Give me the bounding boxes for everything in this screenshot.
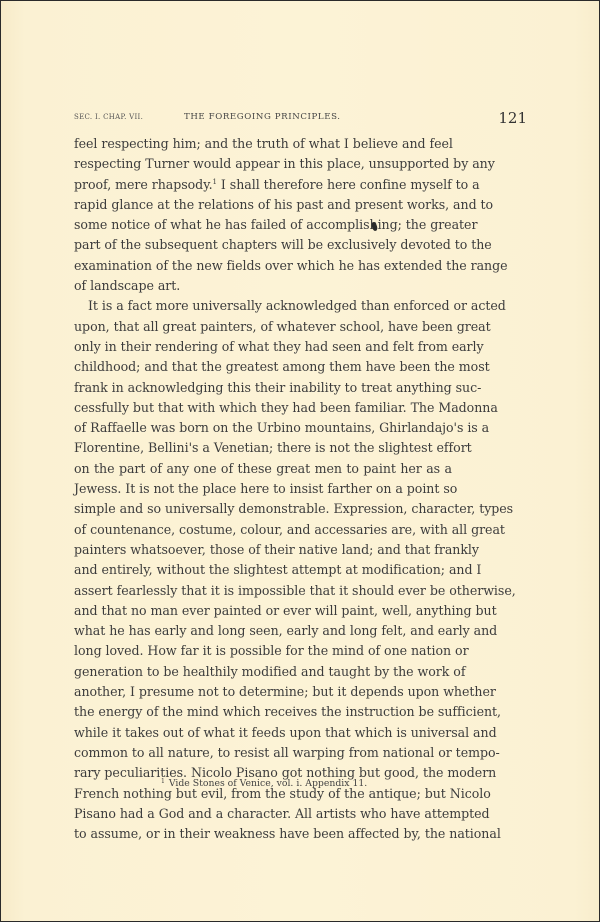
text-line: examination of the new fields over which… [74, 256, 452, 276]
text-line-content: cessfully but that with which they had b… [74, 400, 498, 415]
text-line: long loved. How far it is possible for t… [74, 641, 452, 661]
text-line-content: respecting Turner would appear in this p… [74, 156, 495, 171]
text-line-content: of landscape art. [74, 278, 180, 293]
text-line-content: to assume, or in their weakness have bee… [74, 826, 501, 841]
text-line: generation to be healthily modified and … [74, 662, 452, 682]
book-page: SEC. I. CHAP. VII. THE FOREGOING PRINCIP… [0, 0, 600, 922]
text-line-content: long loved. How far it is possible for t… [74, 643, 469, 658]
text-line-content: Jewess. It is not the place here to insi… [74, 481, 457, 496]
text-line-content: proof, mere rhapsody. [74, 177, 213, 192]
text-line-content: examination of the new fields over which… [74, 258, 508, 273]
page-number: 121 [498, 109, 527, 127]
text-line: upon, that all great painters, of whatev… [74, 317, 452, 337]
text-line-content: Pisano had a God and a character. All ar… [74, 806, 490, 821]
text-line: assert fearlessly that it is impossible … [74, 581, 452, 601]
text-line-content: generation to be healthily modified and … [74, 664, 465, 679]
text-line-content: frank in acknowledging this their inabil… [74, 380, 481, 395]
text-line-content: of Raffaelle was born on the Urbino moun… [74, 420, 489, 435]
text-line: rapid glance at the relations of his pas… [74, 195, 452, 215]
footnote-marker: 1 [161, 778, 165, 785]
text-line-content: on the part of any one of these great me… [74, 461, 452, 476]
text-line: of Raffaelle was born on the Urbino moun… [74, 418, 452, 438]
text-line-content: upon, that all great painters, of whatev… [74, 319, 491, 334]
text-line-content: the energy of the mind which receives th… [74, 704, 501, 719]
text-line-content: what he has early and long seen, early a… [74, 623, 497, 638]
text-line: proof, mere rhapsody.1 I shall therefore… [74, 175, 452, 195]
text-line: to assume, or in their weakness have bee… [74, 824, 452, 844]
text-line: simple and so universally demonstrable. … [74, 499, 452, 519]
text-line: of countenance, costume, colour, and acc… [74, 520, 452, 540]
text-line-continuation: I shall therefore here confine myself to… [217, 177, 480, 192]
body-text: feel respecting him; and the truth of wh… [74, 134, 452, 844]
text-line-content: and entirely, without the slightest atte… [74, 562, 481, 577]
text-line: cessfully but that with which they had b… [74, 398, 452, 418]
text-line: what he has early and long seen, early a… [74, 621, 452, 641]
text-line: and entirely, without the slightest atte… [74, 560, 452, 580]
footnote: 1Vide Stones of Venice, vol. i. Appendix… [161, 778, 367, 789]
text-line: Florentine, Bellini's a Venetian; there … [74, 438, 452, 458]
text-line: painters whatsoever, those of their nati… [74, 540, 452, 560]
text-line: Jewess. It is not the place here to insi… [74, 479, 452, 499]
text-line: Pisano had a God and a character. All ar… [74, 804, 452, 824]
text-line: part of the subsequent chapters will be … [74, 235, 452, 255]
text-line-content: of countenance, costume, colour, and acc… [74, 522, 505, 537]
text-line-content: feel respecting him; and the truth of wh… [74, 136, 453, 151]
text-line-content: while it takes out of what it feeds upon… [74, 725, 497, 740]
text-line: It is a fact more universally acknowledg… [74, 296, 452, 316]
text-line: another, I presume not to determine; but… [74, 682, 452, 702]
text-line: some notice of what he has failed of acc… [74, 215, 452, 235]
text-line-content: another, I presume not to determine; but… [74, 684, 496, 699]
text-line: common to all nature, to resist all warp… [74, 743, 452, 763]
text-line-content: assert fearlessly that it is impossible … [74, 583, 516, 598]
text-line-content: simple and so universally demonstrable. … [74, 501, 513, 516]
text-line: feel respecting him; and the truth of wh… [74, 134, 452, 154]
text-line: while it takes out of what it feeds upon… [74, 723, 452, 743]
text-line: and that no man ever painted or ever wil… [74, 601, 452, 621]
footnote-text: Vide Stones of Venice, vol. i. Appendix … [169, 778, 367, 789]
text-line: frank in acknowledging this their inabil… [74, 378, 452, 398]
running-head: SEC. I. CHAP. VII. THE FOREGOING PRINCIP… [74, 109, 527, 129]
text-line-content: part of the subsequent chapters will be … [74, 237, 492, 252]
text-line-content: and that no man ever painted or ever wil… [74, 603, 497, 618]
text-line: only in their rendering of what they had… [74, 337, 452, 357]
text-line-content: some notice of what he has failed of acc… [74, 217, 477, 232]
text-line-content: Florentine, Bellini's a Venetian; there … [74, 440, 472, 455]
text-line-content: common to all nature, to resist all warp… [74, 745, 500, 760]
text-line: respecting Turner would appear in this p… [74, 154, 452, 174]
text-line: childhood; and that the greatest among t… [74, 357, 452, 377]
text-line-content: It is a fact more universally acknowledg… [88, 298, 506, 313]
text-line-content: childhood; and that the greatest among t… [74, 359, 490, 374]
text-line-content: rapid glance at the relations of his pas… [74, 197, 493, 212]
text-line: the energy of the mind which receives th… [74, 702, 452, 722]
text-line-content: only in their rendering of what they had… [74, 339, 484, 354]
section-chapter-label: SEC. I. CHAP. VII. [74, 113, 143, 121]
text-line: on the part of any one of these great me… [74, 459, 452, 479]
text-line: of landscape art. [74, 276, 452, 296]
running-title: THE FOREGOING PRINCIPLES. [184, 112, 341, 122]
text-line-content: painters whatsoever, those of their nati… [74, 542, 479, 557]
